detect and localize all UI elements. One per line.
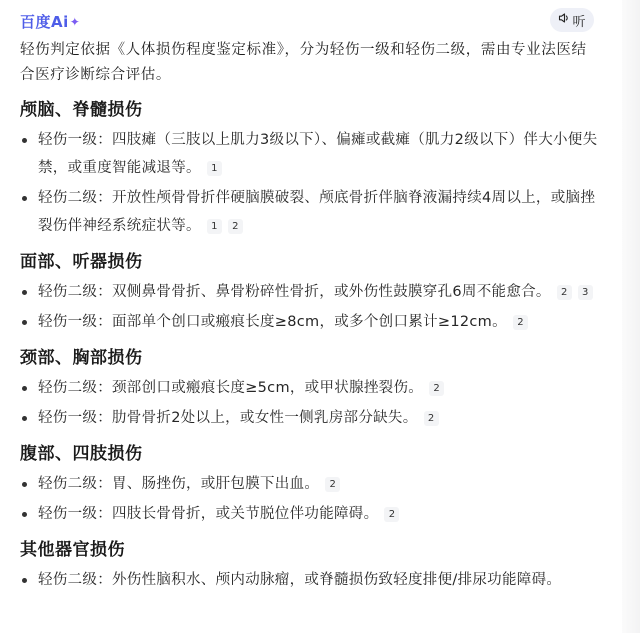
criteria-list: 轻伤二级：双侧鼻骨骨折、鼻骨粉碎性骨折，或外伤性鼓膜穿孔6周不能愈合。23轻伤一… — [20, 278, 600, 336]
list-item: 轻伤二级：开放性颅骨骨折伴硬脑膜破裂、颅底骨折伴脑脊液漏持续4周以上，或脑挫裂伤… — [20, 184, 600, 240]
logo-text: 百度Ai — [20, 11, 69, 32]
answer-content: 轻伤判定依据《人体损伤程度鉴定标准》，分为轻伤一级和轻伤二级，需由专业法医结合医… — [20, 38, 600, 596]
list-item: 轻伤二级：双侧鼻骨骨折、鼻骨粉碎性骨折，或外伤性鼓膜穿孔6周不能愈合。23 — [20, 278, 600, 306]
criteria-list: 轻伤一级：四肢瘫（三肢以上肌力3级以下）、偏瘫或截瘫（肌力2级以下）伴大小便失禁… — [20, 126, 600, 240]
section-title: 面部、听器损伤 — [20, 250, 600, 274]
scrollbar-area — [622, 0, 640, 633]
listen-label: 听 — [572, 11, 585, 30]
intro-paragraph: 轻伤判定依据《人体损伤程度鉴定标准》，分为轻伤一级和轻伤二级，需由专业法医结合医… — [20, 38, 600, 88]
citation-badge[interactable]: 2 — [424, 411, 439, 426]
list-item: 轻伤二级：外伤性脑积水、颅内动脉瘤，或脊髓损伤致轻度排便/排尿功能障碍。 — [20, 566, 600, 594]
list-item: 轻伤一级：四肢长骨骨折，或关节脱位伴功能障碍。2 — [20, 500, 600, 528]
speaker-icon — [558, 12, 570, 28]
citation-badge[interactable]: 2 — [429, 381, 444, 396]
criteria-list: 轻伤二级：颈部创口或瘢痕长度≥5cm，或甲状腺挫裂伤。2轻伤一级：肋骨骨折2处以… — [20, 374, 600, 432]
list-item: 轻伤二级：颈部创口或瘢痕长度≥5cm，或甲状腺挫裂伤。2 — [20, 374, 600, 402]
item-text: 轻伤二级：胃、肠挫伤，或肝包膜下出血。 — [38, 476, 319, 492]
citation-badge[interactable]: 2 — [228, 219, 243, 234]
section-title: 腹部、四肢损伤 — [20, 442, 600, 466]
list-item: 轻伤二级：胃、肠挫伤，或肝包膜下出血。2 — [20, 470, 600, 498]
list-item: 轻伤一级：四肢瘫（三肢以上肌力3级以下）、偏瘫或截瘫（肌力2级以下）伴大小便失禁… — [20, 126, 600, 182]
item-text: 轻伤二级：双侧鼻骨骨折、鼻骨粉碎性骨折，或外伤性鼓膜穿孔6周不能愈合。 — [38, 284, 551, 300]
section-title: 颈部、胸部损伤 — [20, 346, 600, 370]
criteria-list: 轻伤二级：胃、肠挫伤，或肝包膜下出血。2轻伤一级：四肢长骨骨折，或关节脱位伴功能… — [20, 470, 600, 528]
sparkle-icon: ✦ — [70, 15, 81, 29]
item-text: 轻伤一级：四肢长骨骨折，或关节脱位伴功能障碍。 — [38, 506, 378, 522]
citation-badge[interactable]: 3 — [578, 285, 593, 300]
citation-badge[interactable]: 1 — [207, 161, 222, 176]
citation-badge[interactable]: 2 — [384, 507, 399, 522]
listen-button[interactable]: 听 — [550, 8, 594, 32]
list-item: 轻伤一级：肋骨骨折2处以上，或女性一侧乳房部分缺失。2 — [20, 404, 600, 432]
baidu-ai-logo: 百度Ai ✦ — [20, 11, 80, 32]
citation-badge[interactable]: 2 — [325, 477, 340, 492]
item-text: 轻伤一级：肋骨骨折2处以上，或女性一侧乳房部分缺失。 — [38, 410, 418, 426]
section-title: 颅脑、脊髓损伤 — [20, 98, 600, 122]
item-text: 轻伤二级：开放性颅骨骨折伴硬脑膜破裂、颅底骨折伴脑脊液漏持续4周以上，或脑挫裂伤… — [38, 190, 595, 234]
citation-badge[interactable]: 1 — [207, 219, 222, 234]
item-text: 轻伤一级：四肢瘫（三肢以上肌力3级以下）、偏瘫或截瘫（肌力2级以下）伴大小便失禁… — [38, 132, 597, 176]
citation-badge[interactable]: 2 — [557, 285, 572, 300]
criteria-list: 轻伤二级：外伤性脑积水、颅内动脉瘤，或脊髓损伤致轻度排便/排尿功能障碍。 — [20, 566, 600, 594]
citation-badge[interactable]: 2 — [513, 315, 528, 330]
sections-container: 颅脑、脊髓损伤轻伤一级：四肢瘫（三肢以上肌力3级以下）、偏瘫或截瘫（肌力2级以下… — [20, 98, 600, 594]
section-title: 其他器官损伤 — [20, 538, 600, 562]
item-text: 轻伤一级：面部单个创口或瘢痕长度≥8cm，或多个创口累计≥12cm。 — [38, 314, 507, 330]
item-text: 轻伤二级：颈部创口或瘢痕长度≥5cm，或甲状腺挫裂伤。 — [38, 380, 423, 396]
answer-header: 百度Ai ✦ 听 — [0, 0, 622, 40]
item-text: 轻伤二级：外伤性脑积水、颅内动脉瘤，或脊髓损伤致轻度排便/排尿功能障碍。 — [38, 572, 561, 588]
list-item: 轻伤一级：面部单个创口或瘢痕长度≥8cm，或多个创口累计≥12cm。2 — [20, 308, 600, 336]
